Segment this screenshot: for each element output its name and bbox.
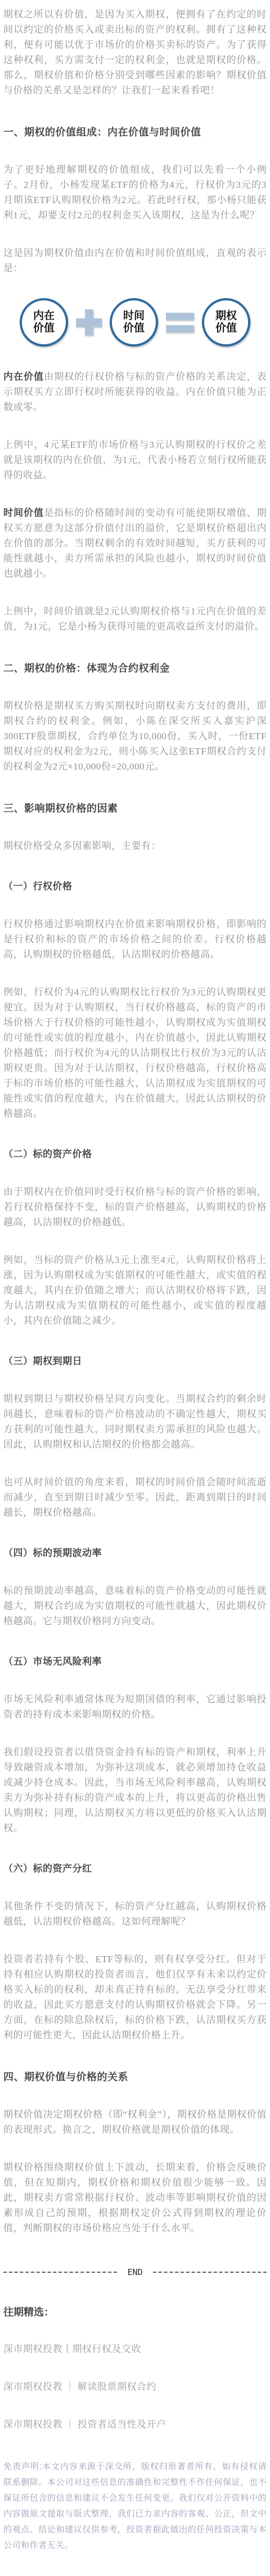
- paragraph: 市场无风险利率通常体现为短期国债的利率，它通过影响投资者的持有成本来影响期权的价…: [3, 1692, 267, 1722]
- paragraph: 例如，当标的资产价格从3元上涨至4元，认购期权价格将上涨，因为认购期权成为实值期…: [3, 1252, 267, 1328]
- end-divider: END: [3, 2267, 267, 2277]
- paragraph: 上例中，时间价值就是2元认购期权价格与1元内在价值的差值，为1元，它是小杨为获得…: [3, 604, 267, 634]
- term-lead: 时间价值: [3, 507, 44, 518]
- option-value-circle: 期权 价值: [202, 298, 250, 347]
- paragraph: 行权价格通过影响期权内在价值来影响期权价格，即影响的是行权价和标的资产的市场价格…: [3, 916, 267, 962]
- paragraph: 也可从时间价值的角度来看，期权的时间价值会随时间流逝而减少，直至到期日时减少至零…: [3, 1474, 267, 1520]
- paragraph: 期权价格受众多因素影响，主要有：: [3, 838, 267, 853]
- circle-label: 价值: [123, 322, 145, 335]
- section-3-title: 三、影响期权价格的因素: [3, 801, 267, 816]
- section-2-title: 二、期权的价格：体现为合约权利金: [3, 661, 267, 676]
- equals-icon: [166, 313, 194, 332]
- plus-icon: [76, 309, 102, 335]
- subsection-3-title: （三）期权到期日: [3, 1354, 267, 1369]
- intro-paragraph: 期权之所以有价值，是因为买入期权，便拥有了在约定的时间以约定的价格买入或卖出标的…: [3, 7, 267, 98]
- paragraph: 例如，行权价为4元的认购期权比行权价为3元的认购期权更便宜。因为对于认购期权，当…: [3, 984, 267, 1121]
- section-4-title: 四、期权价值与价格的关系: [3, 2070, 267, 2084]
- dashed-line: [153, 2272, 267, 2273]
- paragraph: 其他条件不变的情况下，标的资产分红越高，认购期权价格越低，认沽期权价格越高。这如…: [3, 1899, 267, 1929]
- circle-label: 价值: [33, 322, 55, 335]
- disclaimer-text: 免责声明:本文内容来源于深交所，版权归原著者所有，如有侵权请联系删除。本公司对这…: [3, 2459, 267, 2553]
- circle-label: 时间: [123, 310, 145, 322]
- past-article-link-suitability-account[interactable]: 深市期权投教 ｜ 投资者适当性及开户: [3, 2417, 267, 2432]
- paragraph: 期权到期日与期权价格呈同方向变化。当期权合约的剩余时间越长，意味着标的资产价格波…: [3, 1391, 267, 1452]
- subsection-4-title: （四）标的预期波动率: [3, 1546, 267, 1561]
- paragraph: 投资者若持有个股、ETF等标的，则有权享受分红。但对于持有相应认购期权的投资者而…: [3, 1952, 267, 2043]
- paragraph: 时间价值是指标的价格随时间的变动有可能使期权增值、期权买方愿意为这部分价值付出的…: [3, 505, 267, 581]
- paragraph: 期权价格是期权买方购买期权时向期权卖方支付的费用，即期权合约的权利金。例如，小陈…: [3, 698, 267, 774]
- circle-label: 价值: [215, 322, 237, 335]
- paragraph: 上例中，4元某ETF的市场价格与3元认购期权的行权价之差就是该期权的内在价值，为…: [3, 437, 267, 483]
- paragraph-text: 是指标的价格随时间的变动有可能使期权增值、期权买方愿意为这部分价值付出的溢价，它…: [3, 507, 267, 579]
- paragraph: 标的预期波动率越高，意味着标的资产价格变动的可能性就越大，期权合约成为实值期权的…: [3, 1583, 267, 1629]
- paragraph: 期权价值决定期权价格（即“权利金”），期权价格是期权价值的表现形式。换言之，期权…: [3, 2107, 267, 2137]
- paragraph: 我们假设投资者以借贷资金持有标的资产和期权，利率上升导致融资成本增加，为弥补这项…: [3, 1745, 267, 1836]
- past-article-link-contract-explained[interactable]: 深市期权投教 ｜ 解读股票期权合约: [3, 2379, 267, 2394]
- paragraph: 内在价值由期权的行权价格与标的资产价格的关系决定，表示期权买方立即行权时所能获得…: [3, 369, 267, 415]
- term-lead: 内在价值: [3, 371, 44, 382]
- time-value-circle: 时间 价值: [110, 298, 158, 347]
- subsection-5-title: （五）市场无风险利率: [3, 1655, 267, 1669]
- intrinsic-value-circle: 内在 价值: [20, 298, 68, 347]
- section-1-title: 一、期权的价值组成：内在价值与时间价值: [3, 125, 267, 140]
- subsection-1-title: （一）行权价格: [3, 879, 267, 894]
- paragraph: 期权价格围绕期权价值上下波动，长期来看，价格会反映价值，但在短期内，期权价格和期…: [3, 2160, 267, 2236]
- past-article-link-exercise-settlement[interactable]: 深市期权投教丨期权行权及交收: [3, 2341, 267, 2357]
- past-picks-title: 往期精选：: [3, 2304, 267, 2319]
- circle-label: 期权: [215, 310, 237, 322]
- end-label: END: [117, 2267, 152, 2277]
- circle-label: 内在: [33, 310, 55, 322]
- paragraph: 由于期权内在价值同时受行权价格与标的资产价格的影响，若行权价格保持不变，标的资产…: [3, 1184, 267, 1230]
- paragraph: 这是因为期权价值由内在价值和时间价值组成，直观的表示是：: [3, 245, 267, 276]
- article-body: 期权之所以有价值，是因为买入期权，便拥有了在约定的时间以约定的价格买入或卖出标的…: [0, 0, 270, 2576]
- subsection-6-title: （六）标的资产分红: [3, 1862, 267, 1876]
- subsection-2-title: （二）标的资产价格: [3, 1147, 267, 1162]
- value-composition-diagram: 内在 价值 时间 价值 期权 价值: [3, 298, 267, 347]
- dashed-line: [3, 2272, 117, 2273]
- paragraph: 为了更好地理解期权的价值组成，我们可以先看一个小例子。2月份，小杨发现某ETF的…: [3, 162, 267, 223]
